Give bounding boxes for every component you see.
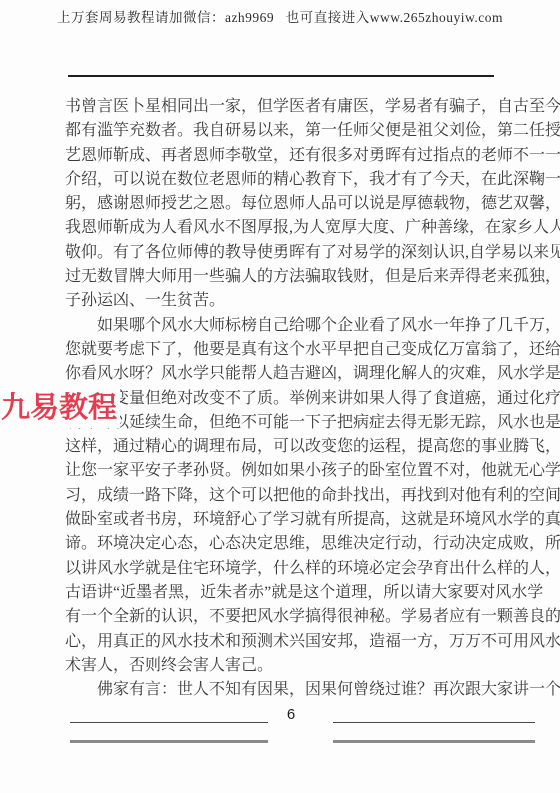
body-text-line: 这样，通过精心的调理布局，可以改变您的运程，提高您的事业腾飞， — [65, 435, 501, 459]
body-text-line: 心，用真正的风水技术和预测术兴国安邦，造福一方，万万不可用风水 — [65, 630, 501, 654]
body-text-line: 佛家有言：世人不知有因果，因果何曾绕过谁？再次跟大家讲一个 — [65, 678, 501, 702]
body-text-line: 你看风水呀？风水学只能帮人趋吉避凶，调理化解人的灾难，风水学是 — [65, 362, 501, 386]
body-text-line: 子孙运凶、一生贫苦。 — [65, 289, 501, 313]
body-text-line: 躬，感谢恩师授艺之恩。每位恩师人品可以说是厚德载物，德艺双馨， — [65, 192, 501, 216]
scanned-document-page: 上万套周易教程请加微信：azh9969 也可直接进入www.265zhouyiw… — [0, 0, 560, 793]
body-text-line: 您就要考虑下了，他要是真有这个水平早把自己变成亿万富翁了，还给 — [65, 338, 501, 362]
footer-rule-left-thin — [70, 722, 268, 723]
body-text-line: 只能改变量但绝对改变不了质。举例来讲如果人得了食道癌，通过化疗 — [65, 387, 501, 411]
body-text-line: 书曾言医卜星相同出一家，但学医者有庸医，学易者有骗子，自古至今 — [65, 95, 501, 119]
header-note: 上万套周易教程请加微信：azh9969 也可直接进入www.265zhouyiw… — [0, 6, 560, 26]
body-text-line: 有一个全新的认识，不要把风水学搞得很神秘。学易者应有一颗善良的 — [65, 605, 501, 629]
body-text-line: 过无数冒牌大师用一些骗人的方法骗取钱财，但是后来弄得老来孤独， — [65, 265, 501, 289]
body-text-line: 或许可以延续生命，但绝不可能一下子把病症去得无影无踪，风水也是 — [65, 411, 501, 435]
body-text-line: 敬仰。有了各位师傅的教导使勇晖有了对易学的深刻认识,自学易以来见 — [65, 241, 501, 265]
body-text-line: 以讲风水学就是住宅环境学，什么样的环境必定会孕育出什么样的人， — [65, 557, 501, 581]
page-number: 6 — [271, 706, 311, 723]
body-text-line: 习，成绩一路下降，这个可以把他的命卦找出，再找到对他有利的空间 — [65, 484, 501, 508]
body-text-block: 书曾言医卜星相同出一家，但学医者有庸医，学易者有骗子，自古至今 都有滥竽充数者。… — [65, 95, 501, 702]
footer-rule-right-thick — [333, 740, 535, 743]
body-text-line: 术害人，否则终会害人害己。 — [65, 654, 501, 678]
body-text-line: 古语讲“近墨者黑，近朱者赤”就是这个道理，所以请大家要对风水学 — [65, 581, 501, 605]
body-text-line: 我恩师靳成为人看风水不图厚报,为人宽厚大度、广种善缘，在家乡人人 — [65, 216, 501, 240]
watermark-stamp: 九易教程 — [1, 383, 120, 428]
body-text-line: 让您一家平安子孝孙贤。例如如果小孩子的卧室位置不对，他就无心学 — [65, 459, 501, 483]
body-text-line: 如果哪个风水大师标榜自己给哪个企业看了风水一年挣了几千万， — [65, 314, 501, 338]
body-text-line: 都有滥竽充数者。我自研易以来，第一任师父便是祖父刘俭，第二任授 — [65, 119, 501, 143]
body-text-line: 介绍，可以说在数位老恩师的精心教育下，我才有了今天，在此深鞠一 — [65, 168, 501, 192]
top-rule-divider — [68, 75, 494, 77]
footer-rule-right-thin — [333, 722, 535, 723]
body-text-line: 做卧室或者书房，环境舒心了学习就有所提高，这就是环境风水学的真 — [65, 508, 501, 532]
body-text-line: 艺恩师靳成、再者恩师李敬堂，还有很多对勇晖有过指点的老师不一一 — [65, 144, 501, 168]
body-text-line: 谛。环境决定心态，心态决定思维，思维决定行动，行动决定成败，所 — [65, 532, 501, 556]
footer-rule-left-thick — [70, 740, 268, 743]
